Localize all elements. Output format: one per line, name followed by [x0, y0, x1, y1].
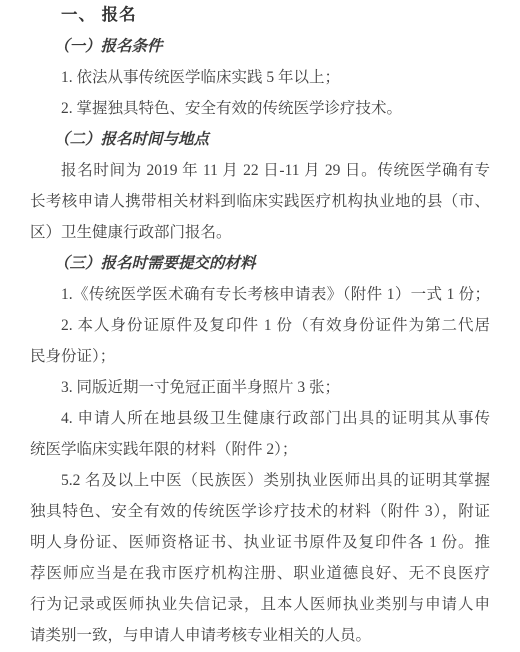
time-place-paragraph-line-2: 长考核申请人携带相关材料到临床实践医疗机构执业地的县（市、 — [30, 186, 490, 217]
time-place-paragraph-line-3: 区）卫生健康行政部门报名。 — [30, 217, 490, 248]
subheading-time-and-place: （二）报名时间与地点 — [30, 124, 490, 155]
material-item-2-line-2: 民身份证）； — [30, 341, 490, 372]
material-item-5-line-2: 独具特色、安全有效的传统医学诊疗技术的材料（附件 3），附证 — [30, 496, 490, 527]
condition-item-2: 2. 掌握独具特色、安全有效的传统医学诊疗技术。 — [30, 93, 490, 124]
section-heading-registration: 一、 报名 — [30, 0, 490, 31]
material-item-5-line-6: 请类别一致，与申请人申请考核专业相关的人员。 — [30, 620, 490, 651]
condition-item-1: 1. 依法从事传统医学临床实践 5 年以上； — [30, 62, 490, 93]
material-item-5-line-3: 明人身份证、医师资格证书、执业证书原件及复印件各 1 份。推 — [30, 527, 490, 558]
document-page: 一、 报名 （一）报名条件 1. 依法从事传统医学临床实践 5 年以上； 2. … — [0, 0, 520, 652]
subheading-required-materials: （三）报名时需要提交的材料 — [30, 248, 490, 279]
material-item-3: 3. 同版近期一寸免冠正面半身照片 3 张； — [30, 372, 490, 403]
material-item-5-line-1: 5.2 名及以上中医（民族医）类别执业医师出具的证明其掌握 — [30, 465, 490, 496]
subheading-registration-conditions: （一）报名条件 — [30, 31, 490, 62]
material-item-5-line-4: 荐医师应当是在我市医疗机构注册、职业道德良好、无不良医疗 — [30, 558, 490, 589]
material-item-1: 1.《传统医学医术确有专长考核申请表》（附件 1）一式 1 份； — [30, 279, 490, 310]
material-item-2-line-1: 2. 本人身份证原件及复印件 1 份（有效身份证件为第二代居 — [30, 310, 490, 341]
material-item-4-line-1: 4. 申请人所在地县级卫生健康行政部门出具的证明其从事传 — [30, 403, 490, 434]
time-place-paragraph-line-1: 报名时间为 2019 年 11 月 22 日-11 月 29 日。传统医学确有专 — [30, 155, 490, 186]
material-item-5-line-5: 行为记录或医师执业失信记录，且本人医师执业类别与申请人申 — [30, 589, 490, 620]
material-item-4-line-2: 统医学临床实践年限的材料（附件 2）； — [30, 434, 490, 465]
